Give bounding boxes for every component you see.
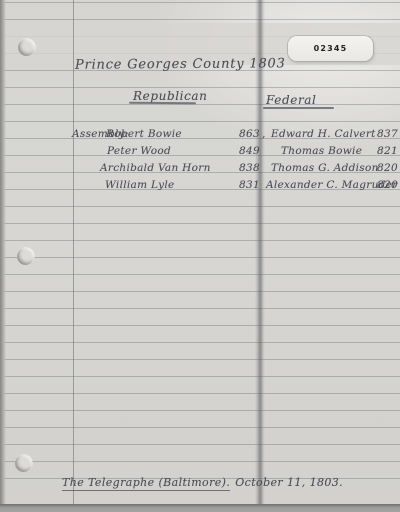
page-fold-crease (255, 0, 265, 505)
punch-hole-bottom (15, 455, 32, 472)
results-row: William Lyle 831 Alexander C. Magruder 8… (0, 179, 400, 194)
republican-vote-count: 849 (234, 145, 260, 157)
results-row: Assembly: Robert Bowie 863 , Edward H. C… (0, 128, 400, 143)
republican-vote-count: 863 (234, 128, 260, 140)
republican-candidate-name: Robert Bowie (106, 128, 182, 140)
punch-hole-top (18, 39, 35, 56)
scanned-document-page: 02345 Prince Georges County 1803 Republi… (0, 0, 400, 512)
page-title: Prince Georges County 1803 (75, 56, 286, 72)
catalog-number-label: 02345 (288, 36, 373, 61)
punch-hole-middle (17, 248, 34, 265)
results-row: Peter Wood 849 Thomas Bowie 821 (0, 145, 400, 160)
page-left-edge (0, 0, 6, 512)
republican-candidate-name: Archibald Van Horn (100, 162, 211, 174)
federal-candidate-name: Thomas G. Addison (271, 162, 379, 174)
republican-candidate-name: Peter Wood (107, 145, 171, 157)
results-row: Archibald Van Horn 838 Thomas G. Addison… (0, 162, 400, 177)
federal-header-underline (263, 107, 334, 109)
federal-candidate-name: Edward H. Calvert (271, 128, 376, 140)
federal-vote-count: 820 (372, 179, 398, 191)
margin-rule-line (73, 0, 74, 505)
column-header-federal: Federal (266, 93, 316, 107)
citation: The Telegraphe (Baltimore).October 11, 1… (62, 476, 343, 489)
republican-candidate-name: William Lyle (105, 179, 175, 191)
page-bottom-edge (0, 504, 400, 512)
federal-candidate-name: Thomas Bowie (281, 145, 362, 157)
catalog-number-text: 02345 (314, 44, 348, 53)
republican-vote-count: 838 (234, 162, 260, 174)
federal-vote-count: 820 (372, 162, 398, 174)
republican-vote-count: 831 (234, 179, 260, 191)
federal-vote-count: 837 (372, 128, 398, 140)
citation-date: October 11, 1803. (235, 476, 343, 489)
vote-separator: , (262, 128, 266, 140)
notebook-paper (0, 0, 400, 505)
citation-source: The Telegraphe (Baltimore). (62, 476, 230, 491)
federal-vote-count: 821 (372, 145, 398, 157)
